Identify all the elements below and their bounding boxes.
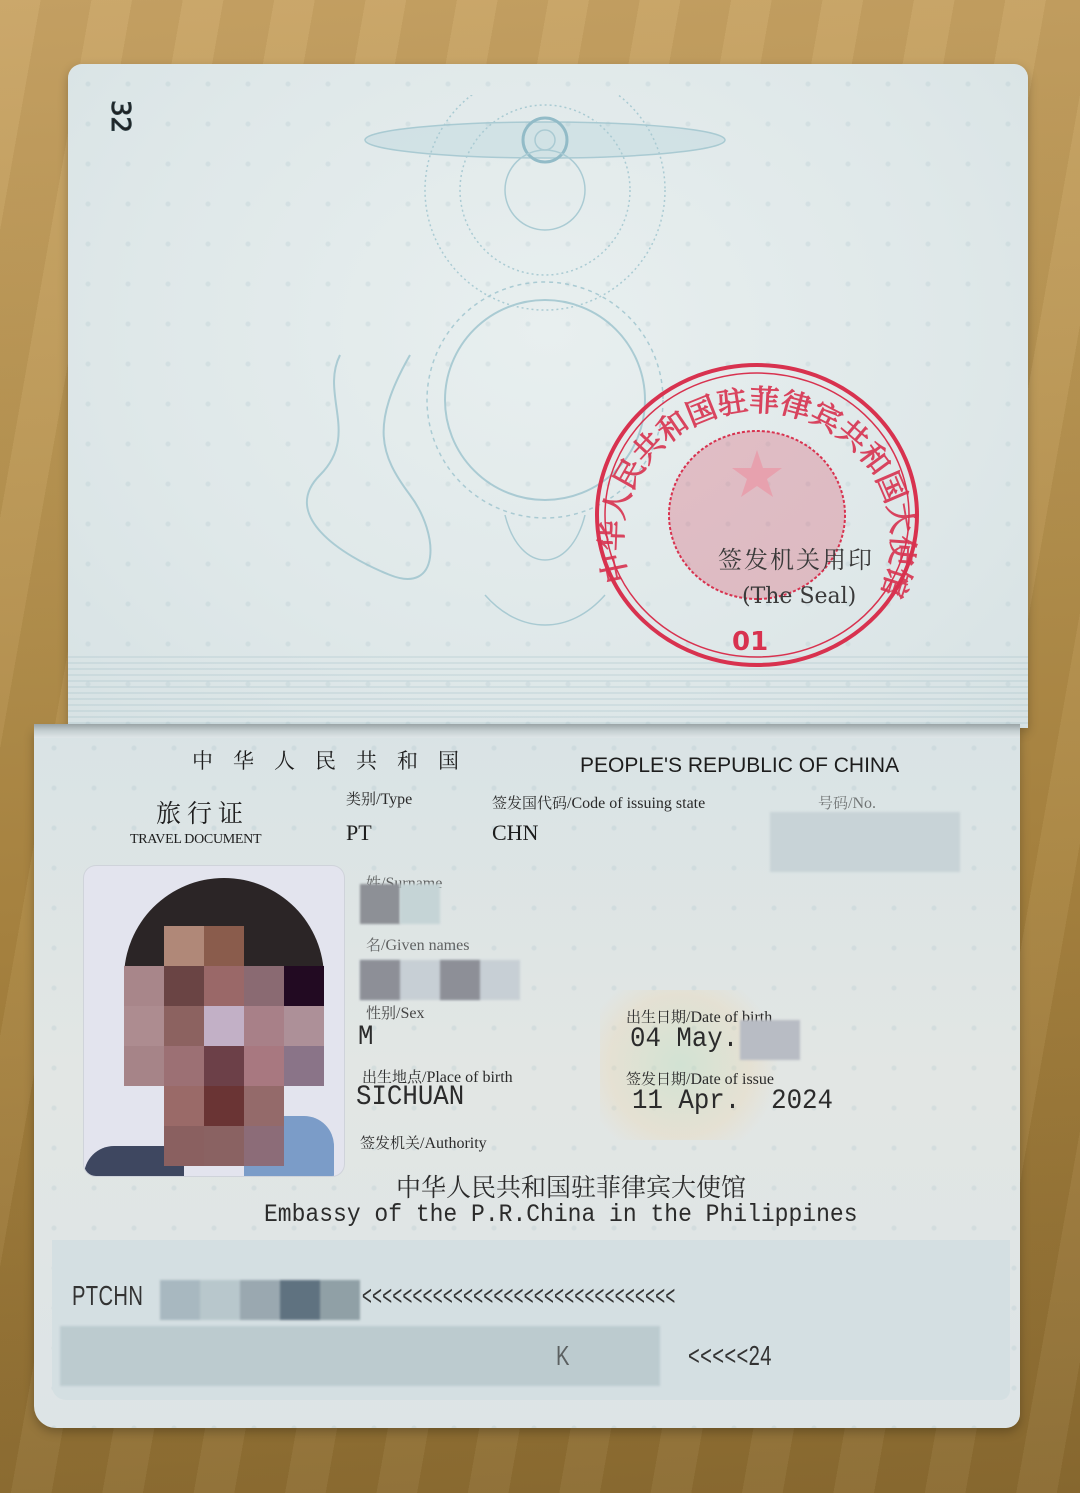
mrz-line1-redacted (160, 1280, 360, 1320)
sex-label: 性别/Sex (366, 1002, 424, 1023)
date-of-birth-value: 04 May. (630, 1024, 738, 1055)
type-label: 类别/Type (346, 788, 412, 809)
seal-code: 01 (732, 627, 768, 657)
surname-redacted (360, 884, 400, 924)
given-names-label: 名/Given names (366, 934, 469, 955)
issuing-state-value: CHN (492, 820, 538, 846)
authority-label: 签发机关/Authority (360, 1132, 487, 1153)
authority-value-cn: 中华人民共和国驻菲律宾大使馆 (396, 1168, 746, 1204)
page-fold (34, 724, 1020, 738)
mrz-line1-prefix: PTCHN (72, 1280, 143, 1312)
date-of-issue-value: 11 Apr. 2024 (632, 1086, 833, 1117)
seal-label-cn: 签发机关用印 (718, 540, 874, 575)
document-number-redacted (770, 812, 960, 872)
given-names-redacted-2 (360, 960, 400, 1000)
mrz-line2-suffix: <<<<<24 (688, 1340, 772, 1372)
type-value: PT (346, 820, 372, 846)
place-of-birth-value: SICHUAN (356, 1082, 464, 1113)
given-names-redacted-3 (440, 960, 480, 1000)
document-title-cn: 旅行证 (156, 794, 249, 830)
document-number-label: 号码/No. (818, 792, 876, 813)
holder-photo (84, 866, 344, 1176)
authority-value-en: Embassy of the P.R.China in the Philippi… (264, 1200, 858, 1229)
surname-redacted-2 (400, 884, 440, 924)
header-country-en: PEOPLE'S REPUBLIC OF CHINA (580, 754, 899, 778)
document-title-en: TRAVEL DOCUMENT (130, 832, 261, 848)
header-country-cn: 中华人民共和国 (192, 745, 479, 775)
birth-year-redacted (740, 1020, 800, 1060)
embassy-seal-stamp: 中华人民共和国驻菲律宾共和国大使馆 01 (592, 360, 922, 670)
mrz-line2-mid: K (556, 1340, 570, 1372)
sex-value: M (358, 1022, 373, 1053)
mrz-line1-fill: <<<<<<<<<<<<<<<<<<<<<<<<<<<<<<< (362, 1280, 675, 1312)
issuing-state-label: 签发国代码/Code of issuing state (492, 792, 705, 813)
page-number: 32 (105, 100, 135, 133)
mrz-line2-redacted (60, 1326, 660, 1386)
seal-label-en: (The Seal) (742, 584, 856, 609)
